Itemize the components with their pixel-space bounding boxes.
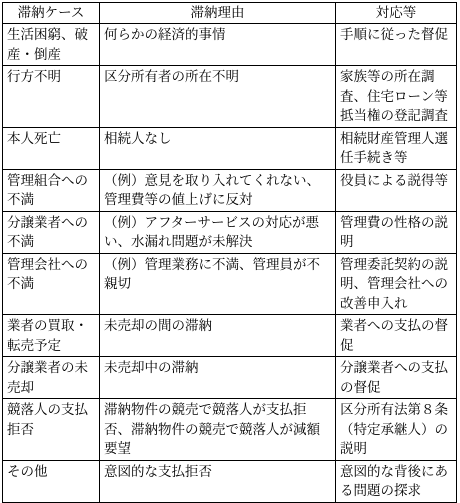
column-header-reason: 滞納理由 — [100, 3, 336, 24]
cell-case: 管理会社への不満 — [3, 253, 100, 315]
table-row: 分譲業者への不満 （例）アフターサービスの対応が悪い、水漏れ問題が未解決 管理費… — [3, 211, 457, 253]
cell-case: 生活困窮、破産・倒産 — [3, 24, 100, 66]
delinquency-case-table: 滞納ケース 滞納理由 対応等 生活困窮、破産・倒産 何らかの経済的事情 手順に従… — [2, 2, 457, 503]
header-row: 滞納ケース 滞納理由 対応等 — [3, 3, 457, 24]
page: { "colors": { "background": "#ffffff", "… — [0, 0, 460, 472]
cell-response: 意図的な背後にある問題の探求 — [336, 460, 457, 502]
column-header-response: 対応等 — [336, 3, 457, 24]
cell-case: 分譲業者への不満 — [3, 211, 100, 253]
cell-response: 区分所有法第８条（特定承継人）の説明 — [336, 399, 457, 461]
cell-reason: 区分所有者の所在不明 — [100, 66, 336, 128]
cell-case: 本人死亡 — [3, 127, 100, 169]
cell-reason: （例）意見を取り入れてくれない、管理費等の値上げに反対 — [100, 169, 336, 211]
cell-response: 手順に従った督促 — [336, 24, 457, 66]
cell-reason: 未売却の間の滞納 — [100, 315, 336, 357]
table-row: 管理会社への不満 （例）管理業務に不満、管理員が不親切 管理委託契約の説明、管理… — [3, 253, 457, 315]
cell-case: 分譲業者の未売却 — [3, 357, 100, 399]
table-row: 業者の買取・転売予定 未売却の間の滞納 業者への支払の督促 — [3, 315, 457, 357]
cell-case: その他 — [3, 460, 100, 502]
cell-reason: 未売却中の滞納 — [100, 357, 336, 399]
cell-case: 管理組合への不満 — [3, 169, 100, 211]
cell-case: 行方不明 — [3, 66, 100, 128]
cell-response: 相続財産管理人選任手続き等 — [336, 127, 457, 169]
cell-response: 業者への支払の督促 — [336, 315, 457, 357]
table-row: その他 意図的な支払拒否 意図的な背後にある問題の探求 — [3, 460, 457, 502]
table-row: 競落人の支払拒否 滞納物件の競売で競落人が支払拒否、滞納物件の競売で競落人が減額… — [3, 399, 457, 461]
table-row: 本人死亡 相続人なし 相続財産管理人選任手続き等 — [3, 127, 457, 169]
cell-reason: 相続人なし — [100, 127, 336, 169]
cell-response: 家族等の所在調査、住宅ローン等抵当権の登記調査 — [336, 66, 457, 128]
cell-response: 役員による説得等 — [336, 169, 457, 211]
cell-response: 管理費の性格の説明 — [336, 211, 457, 253]
cell-response: 管理委託契約の説明、管理会社への改善申入れ — [336, 253, 457, 315]
column-header-case: 滞納ケース — [3, 3, 100, 24]
cell-reason: 何らかの経済的事情 — [100, 24, 336, 66]
cell-reason: 意図的な支払拒否 — [100, 460, 336, 502]
table-row: 行方不明 区分所有者の所在不明 家族等の所在調査、住宅ローン等抵当権の登記調査 — [3, 66, 457, 128]
cell-response: 分譲業者への支払の督促 — [336, 357, 457, 399]
cell-case: 業者の買取・転売予定 — [3, 315, 100, 357]
cell-reason: 滞納物件の競売で競落人が支払拒否、滞納物件の競売で競落人が減額要望 — [100, 399, 336, 461]
table-row: 分譲業者の未売却 未売却中の滞納 分譲業者への支払の督促 — [3, 357, 457, 399]
cell-reason: （例）アフターサービスの対応が悪い、水漏れ問題が未解決 — [100, 211, 336, 253]
cell-case: 競落人の支払拒否 — [3, 399, 100, 461]
cell-reason: （例）管理業務に不満、管理員が不親切 — [100, 253, 336, 315]
table-row: 管理組合への不満 （例）意見を取り入れてくれない、管理費等の値上げに反対 役員に… — [3, 169, 457, 211]
table-row: 生活困窮、破産・倒産 何らかの経済的事情 手順に従った督促 — [3, 24, 457, 66]
